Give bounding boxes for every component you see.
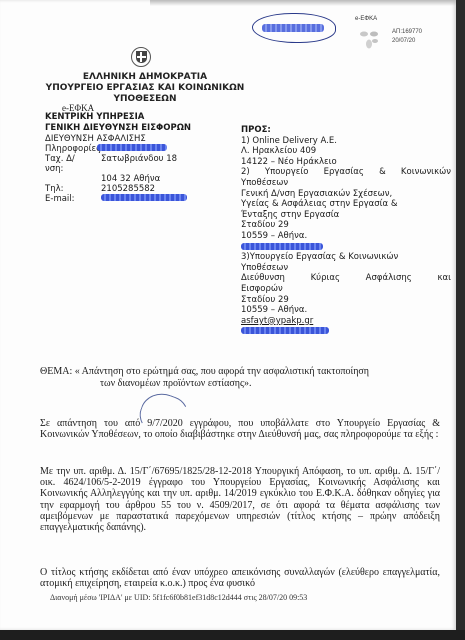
address-line1: Σατωβριάνδου 18 (101, 154, 177, 174)
recipient-email-link[interactable]: asfayt@ypakp.gr (241, 316, 451, 327)
redacted-line (241, 326, 451, 337)
recipients-title: ΠΡΟΣ: (241, 125, 451, 136)
document-page: e-ΕΦΚΑ ΑΠ:169770 20/07/20 ΕΛΛΗΝΙΚΗ ΔΗΜΟΚ… (0, 0, 456, 630)
scan-shadow (150, 0, 456, 6)
department-block: ΚΕΝΤΡΙΚΗ ΥΠΗΡΕΣΙΑ ΓΕΝΙΚΗ ΔΙΕΥΘΥΝΣΗ ΕΙΣΦΟ… (45, 112, 191, 145)
recipient-line: Ένταξης στην Εργασία (241, 210, 451, 221)
recipient-line: 1) Online Delivery A.E. (241, 136, 451, 147)
info-label: Πληροφορίες: (45, 144, 93, 154)
subject-block: ΘΕΜΑ: « Απάντηση στο ερώτημά σας, που αφ… (40, 366, 440, 390)
ministry-line1: ΥΠΟΥΡΓΕΙΟ ΕΡΓΑΣΙΑΣ ΚΑΙ ΚΟΙΝΩΝΙΚΩΝ (40, 83, 250, 94)
general-directorate: ΓΕΝΙΚΗ ΔΙΕΥΘΥΝΣΗ ΕΙΣΦΟΡΩΝ (45, 123, 191, 134)
country-name: ΕΛΛΗΝΙΚΗ ΔΗΜΟΚΡΑΤΙΑ (40, 72, 250, 83)
service-name: ΚΕΝΤΡΙΚΗ ΥΠΗΡΕΣΙΑ (45, 112, 191, 123)
protocol-date: 20/07/20 (392, 37, 422, 46)
recipient-line: 14122 – Νέο Ηράκλειο (241, 157, 451, 168)
sender-header: ΕΛΛΗΝΙΚΗ ΔΗΜΟΚΡΑΤΙΑ ΥΠΟΥΡΓΕΙΟ ΕΡΓΑΣΙΑΣ Κ… (40, 72, 250, 105)
recipient-line: Υποθέσεων (241, 178, 451, 189)
scan-border-bottom (0, 630, 465, 640)
address-line2: 104 32 Αθήνα (101, 174, 160, 184)
body-paragraph-1: Σε απάντηση του από 9/7/2020 εγγράφου, π… (40, 418, 440, 440)
recipient-line: Σταδίου 29 (241, 295, 451, 306)
redacted-handwriting (262, 24, 324, 32)
body-paragraph-3: Ο τίτλος κτήσης εκδίδεται από έναν υπόχρ… (40, 567, 440, 589)
distribution-footer: Διανομή μέσω 'ΙΡΙΔΑ' με UID: 5f1fc6f0b81… (50, 593, 307, 602)
phone-label: Τηλ: (45, 184, 93, 194)
efka-logo-icon (358, 28, 380, 50)
recipient-line: 10559 – Αθήνα. (241, 231, 451, 242)
recipient-line: Σταδίου 29 (241, 220, 451, 231)
recipient-line: Εισφορών (241, 284, 451, 295)
stamp-org: e-ΕΦΚΑ (355, 16, 377, 22)
redacted-name (97, 144, 167, 151)
greek-coat-of-arms-icon (131, 47, 151, 67)
recipient-line: 2)ΥπουργείοΕργασίας&Κοινωνικών (241, 167, 451, 178)
recipients-block: ΠΡΟΣ: 1) Online Delivery A.E. Λ. Ηρακλεί… (241, 125, 451, 337)
stamp-protocol: ΑΠ:169770 20/07/20 (392, 28, 422, 46)
recipient-line: ΔιεύθυνσηΚύριαςΑσφάλισηςκαι (241, 273, 451, 284)
recipient-line: Γενική Δ/νση Εργασιακών Σχέσεων, (241, 189, 451, 200)
email-label: E-mail: (45, 194, 93, 204)
address-label: Ταχ. Δ/νση: (45, 154, 93, 174)
subject-label: ΘΕΜΑ: (40, 366, 72, 377)
recipient-line: Υποθέσεων (241, 263, 451, 274)
contact-block: Πληροφορίες: Ταχ. Δ/νση:Σατωβριάνδου 18 … (45, 144, 187, 204)
scan-border-right (456, 0, 465, 640)
redacted-line (241, 242, 451, 253)
recipient-line: 3)Υπουργείο Εργασίας & Κοινωνικών (241, 252, 451, 263)
body-paragraph-2: Με την υπ. αριθμ. Δ. 15/Γ΄/67695/1825/28… (40, 466, 440, 533)
recipient-line: Λ. Ηρακλείου 409 (241, 146, 451, 157)
subject-line2: των διανομέων προϊόντων εστίασης». (40, 378, 440, 390)
redacted-email (101, 194, 187, 201)
protocol-number: ΑΠ:169770 (392, 28, 422, 37)
recipient-line: 10559 – Αθήνα. (241, 305, 451, 316)
phone-number: 2105285582 (101, 184, 155, 194)
subject-line1: « Απάντηση στο ερώτημά σας, που αφορά τη… (75, 366, 369, 377)
recipient-line: Υγείας & Ασφάλειας στην Εργασία & (241, 199, 451, 210)
